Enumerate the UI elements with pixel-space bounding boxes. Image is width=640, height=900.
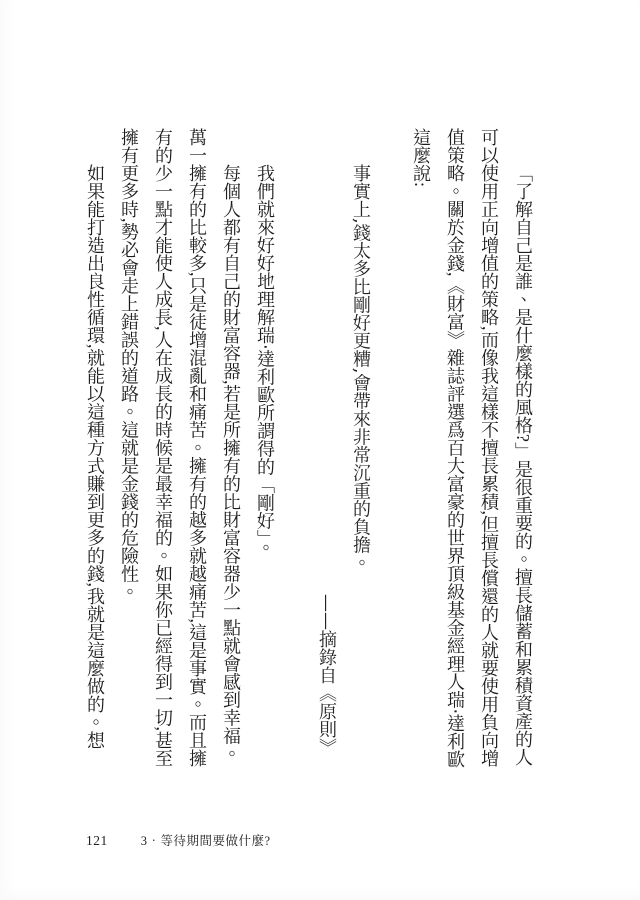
paragraph-body-3: 每個人都有自己的財富容器,若是所擁有的比財富容器少一點就會感到幸福。萬一擁有的比… [112, 128, 248, 776]
paragraph-body-2: 我們就來好好地理解瑞‧達利歐所謂得的「剛好」。 [248, 128, 282, 776]
page-text-block: 「了解自己是誰、是什麼樣的風格?」是很重要的。擅長儲蓄和累積資產的人可以使用正向… [80, 128, 540, 776]
paragraph-quote: 事實上,錢太多比剛好更糟,會帶來非常沉重的負擔。 [343, 128, 377, 776]
page-number: 121 [86, 833, 108, 849]
book-page: 「了解自己是誰、是什麼樣的風格?」是很重要的。擅長儲蓄和累積資產的人可以使用正向… [0, 0, 640, 900]
paragraph-body-4: 如果能打造出良性循環,就能以這種方式賺到更多的錢,我就是這麼做的。想 [80, 128, 112, 776]
chapter-title: 3‧等待期間要做什麼? [141, 831, 271, 849]
paragraph-body-1: 「了解自己是誰、是什麼樣的風格?」是很重要的。擅長儲蓄和累積資產的人可以使用正向… [404, 128, 540, 776]
page-footer: 121 3‧等待期間要做什麼? [86, 831, 271, 849]
quote-attribution: ——摘錄自《原則》 [309, 128, 343, 776]
